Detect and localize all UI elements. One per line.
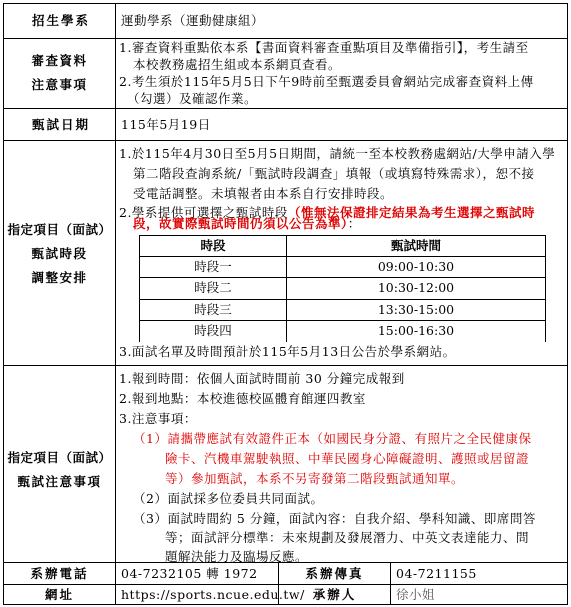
phone-label: 系辦電話 [4,563,115,584]
table-header-slot: 時段 [140,235,286,256]
table-row-slot: 時段四 [140,320,286,341]
border-line [567,3,568,605]
border-line [3,365,568,366]
phone-value: 04-7232105 轉 1972 [121,565,258,582]
table-row-slot: 時段一 [140,256,286,277]
border-line [115,3,116,605]
contact-person-value: 徐小姐 [396,586,435,603]
schedule-item-3: 3.面試名單及時間預計於115年5月13日公告於學系網站。 [119,343,456,360]
notes-item-1: 1.報到時間：依個人面試時間前 30 分鐘完成報到 [119,370,405,387]
notes-sub1-line1: （1）請攜帶應試有效證件正本（如國民身分證、有照片之全民健康保 [133,430,531,447]
border-line [545,235,546,342]
table-row-time: 09:00-10:30 [287,256,545,277]
fax-value: 04-7211155 [396,565,477,582]
table-row-slot: 時段三 [140,299,286,320]
department-value: 運動學系（運動健康組） [121,12,264,29]
notes-item-3: 3.注意事項： [119,410,197,427]
notes-sub3-line1: （3）面試時間約 5 分鐘，面試內容：自我介紹、學科知識、即席問答 [133,510,536,527]
table-row-time: 10:30-12:00 [287,277,545,298]
border-line [3,3,568,4]
notes-label-line2: 甄試注意事項 [4,470,115,494]
review-label-line1: 審查資料 [4,49,115,73]
schedule-item-1a: 1.於115年4月30日至5月5日期間，請統一至本校教務處網站/大學申請入學 [119,145,555,162]
notes-sub1-line2: 險卡、汽機車駕駛執照、中華民國身心障礙證明、護照或居留證 [165,450,529,467]
schedule-warning-line2: 段，故實際甄試時間仍須以公告為準） [133,216,348,231]
review-item-2b: （勾選）及確認作業。 [127,90,257,107]
fax-label: 系辦傳真 [279,563,390,584]
schedule-label-line3: 調整安排 [4,266,115,290]
review-item-1b: 本校教務處招生組或本系網頁查看。 [133,56,341,73]
review-label-line2: 注意事項 [4,73,115,97]
notes-item-2: 2.報到地點：本校進德校區體育館運四教室 [119,390,366,407]
schedule-label-line2: 甄試時段 [4,242,115,266]
schedule-item-1b: 第二階段查詢系統/「甄試時段調查」填報（或填寫特殊需求），恕不接 [133,165,534,182]
url-link[interactable]: https://sports.ncue.edu.tw/ [121,586,305,603]
table-header-time: 甄試時間 [287,235,545,256]
review-item-2a: 2.考生須於115年5月5日下午9時前至甄選委員會網站完成審查資料上傳 [119,73,534,90]
notes-sub3-line2: 等；面試評分標準：未來規劃及發展潛力、中英文表達能力、問 [165,529,529,546]
table-row-time: 15:00-16:30 [287,320,545,341]
department-label: 招生學系 [32,12,90,29]
schedule-item-2-cont: 段，故實際甄試時間仍須以公告為準）： [133,215,361,232]
table-row-time: 13:30-15:00 [287,299,545,320]
border-line [3,108,568,109]
schedule-item-2-suffix: ： [348,216,361,231]
url-label: 網址 [4,584,115,605]
border-line [3,140,568,141]
contact-person-label: 承辦人 [279,584,390,605]
schedule-label-line1: 指定項目（面試） [4,218,115,242]
notes-sub2: （2）面試採多位委員共同面試。 [133,490,323,507]
notes-sub1-line3: 等）參加甄試，本系不另寄發第二階段甄試通知單。 [165,470,464,487]
review-item-1a: 1.審查資料重點依本系【書面資料審查重點項目及準備指引】，考生請至 [119,39,529,56]
exam-date-value: 115年5月19日 [121,116,211,133]
schedule-item-1c: 受電話調整。未填報者由本系自行安排時段。 [133,185,393,202]
notes-label-line1: 指定項目（面試） [4,446,115,470]
border-line [390,562,391,605]
table-row-slot: 時段二 [140,277,286,298]
exam-date-label: 甄試日期 [32,116,90,133]
